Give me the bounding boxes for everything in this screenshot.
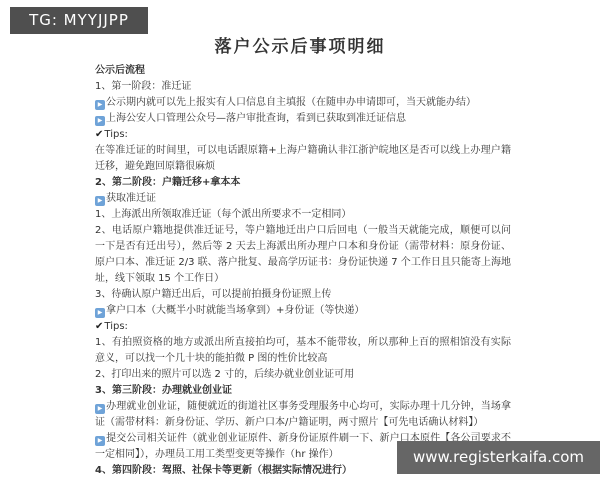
tg-watermark-badge: TG: MYYJJPP xyxy=(10,7,148,34)
doc-line: 1、上海派出所领取准迁证（每个派出所要求不一定相同） xyxy=(95,207,511,223)
doc-line-text: 1、有拍照资格的地方或派出所直接拍均可，基本不能带妆，所以那种上百的照相馆没有实… xyxy=(95,337,511,364)
doc-line: ✔Tips: xyxy=(95,127,511,143)
doc-line-text: 上海公安人口管理公众号—落户审批查询，看到已获取到准迁证信息 xyxy=(106,113,406,124)
doc-line: ▶办理就业创业证，随便就近的街道社区事务受理服务中心均可，实际办理十几分钟，当场… xyxy=(95,399,511,431)
site-watermark-badge: www.registerkaifa.com xyxy=(397,441,600,474)
doc-line: 在等准迁证的时间里，可以电话跟原籍+上海户籍确认非江浙沪皖地区是否可以线上办理户… xyxy=(95,143,511,175)
check-icon: ✔ xyxy=(95,129,103,140)
check-icon: ✔ xyxy=(95,321,103,332)
doc-line-text: 4、第四阶段：驾照、社保卡等更新（根据实际情况进行） xyxy=(95,465,352,476)
doc-line-text: 3、第三阶段：办理就业创业证 xyxy=(95,385,232,396)
doc-line-text: Tips: xyxy=(104,321,128,332)
document-body: 公示后流程1、第一阶段：准迁证▶公示期内就可以先上报实有人口信息自主填报（在随申… xyxy=(95,63,511,479)
doc-line: 2、第二阶段：户籍迁移+拿本本 xyxy=(95,175,511,191)
doc-line: ▶上海公安人口管理公众号—落户审批查询，看到已获取到准迁证信息 xyxy=(95,111,511,127)
doc-line: ✔Tips: xyxy=(95,319,511,335)
doc-line: 2、电话原户籍地提供准迁证号，等户籍地迁出户口后回电（一般当天就能完成，顺便可以… xyxy=(95,223,511,287)
play-icon: ▶ xyxy=(95,436,105,446)
doc-line-text: Tips: xyxy=(104,129,128,140)
document-page: TG: MYYJJPP 落户公示后事项明细 公示后流程1、第一阶段：准迁证▶公示… xyxy=(0,0,600,480)
doc-line: ▶获取准迁证 xyxy=(95,191,511,207)
doc-line: 1、第一阶段：准迁证 xyxy=(95,79,511,95)
doc-line: 1、有拍照资格的地方或派出所直接拍均可，基本不能带妆，所以那种上百的照相馆没有实… xyxy=(95,335,511,367)
doc-line-text: 2、打印出来的照片可以选 2 寸的，后续办就业创业证可用 xyxy=(95,369,354,380)
doc-line: ▶拿户口本（大概半小时就能当场拿到）+身份证（等快递） xyxy=(95,303,511,319)
doc-line-text: 3、待确认原户籍迁出后，可以提前拍摄身份证照上传 xyxy=(95,289,331,300)
page-title: 落户公示后事项明细 xyxy=(0,32,600,57)
play-icon: ▶ xyxy=(95,100,105,110)
play-icon: ▶ xyxy=(95,404,105,414)
doc-line: ▶公示期内就可以先上报实有人口信息自主填报（在随申办申请即可，当天就能办结） xyxy=(95,95,511,111)
doc-line-text: 公示期内就可以先上报实有人口信息自主填报（在随申办申请即可，当天就能办结） xyxy=(106,97,476,108)
doc-line-text: 获取准迁证 xyxy=(106,193,156,204)
doc-line: 3、第三阶段：办理就业创业证 xyxy=(95,383,511,399)
doc-line-text: 1、第一阶段：准迁证 xyxy=(95,81,191,92)
doc-line-text: 2、第二阶段：户籍迁移+拿本本 xyxy=(95,177,240,188)
doc-line-text: 公示后流程 xyxy=(95,65,145,76)
doc-line: 3、待确认原户籍迁出后，可以提前拍摄身份证照上传 xyxy=(95,287,511,303)
play-icon: ▶ xyxy=(95,196,105,206)
doc-line-text: 1、上海派出所领取准迁证（每个派出所要求不一定相同） xyxy=(95,209,351,220)
doc-line-text: 办理就业创业证，随便就近的街道社区事务受理服务中心均可，实际办理十几分钟，当场拿… xyxy=(95,401,511,428)
doc-line-text: 在等准迁证的时间里，可以电话跟原籍+上海户籍确认非江浙沪皖地区是否可以线上办理户… xyxy=(95,145,511,172)
doc-line-text: 拿户口本（大概半小时就能当场拿到）+身份证（等快递） xyxy=(106,305,364,316)
doc-line: 公示后流程 xyxy=(95,63,511,79)
play-icon: ▶ xyxy=(95,308,105,318)
play-icon: ▶ xyxy=(95,116,105,126)
doc-line: 2、打印出来的照片可以选 2 寸的，后续办就业创业证可用 xyxy=(95,367,511,383)
doc-line-text: 2、电话原户籍地提供准迁证号，等户籍地迁出户口后回电（一般当天就能完成，顺便可以… xyxy=(95,225,511,284)
